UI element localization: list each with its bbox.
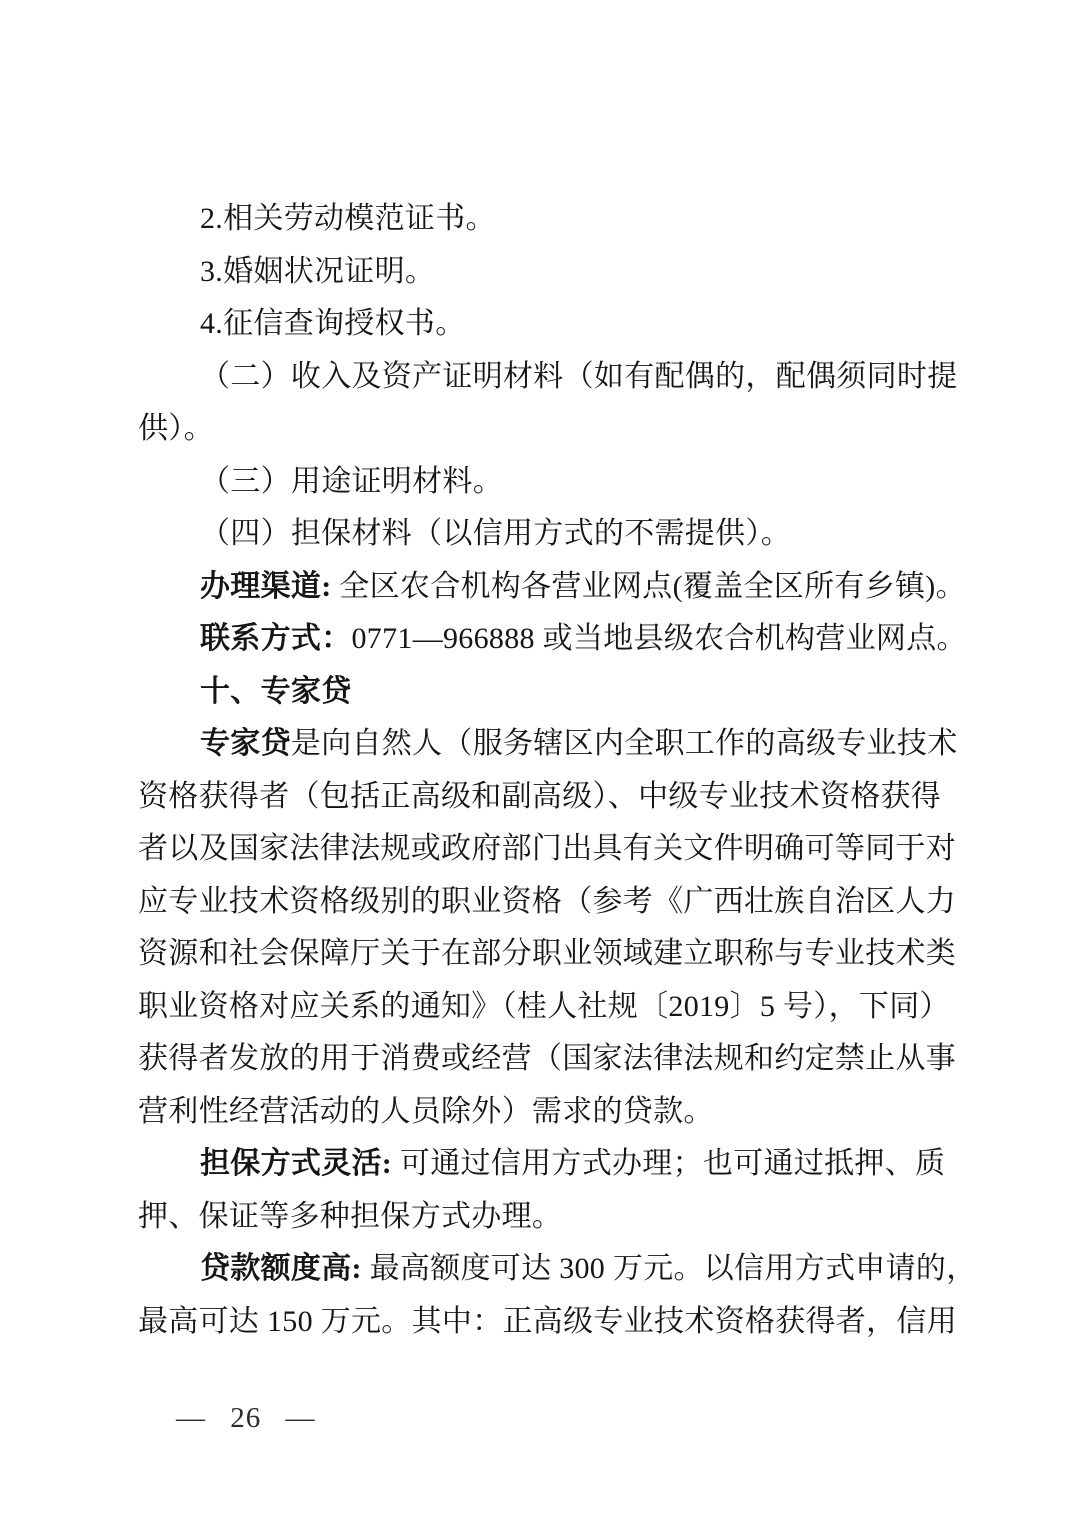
line-text: 应专业技术资格级别的职业资格（参考《广西壮族自治区人力 xyxy=(138,885,956,918)
line-text: （二）收入及资产证明材料（如有配偶的，配偶须同时提 xyxy=(200,360,958,393)
document-body: 2.相关劳动模范证书。 3.婚姻状况证明。 4.征信查询授权书。 （二）收入及资… xyxy=(138,193,953,1348)
line-text: 资源和社会保障厅关于在部分职业领域建立职称与专业技术类 xyxy=(138,937,956,970)
guarantee-method-line-1: 担保方式灵活: 可通过信用方式办理；也可通过抵押、质 xyxy=(138,1138,953,1191)
expert-loan-desc-line-8: 营利性经营活动的人员除外）需求的贷款。 xyxy=(138,1086,953,1139)
line-text: 获得者发放的用于消费或经营（国家法律法规和约定禁止从事 xyxy=(138,1042,956,1075)
expert-loan-desc-line-4: 应专业技术资格级别的职业资格（参考《广西壮族自治区人力 xyxy=(138,876,953,929)
line-text: 营利性经营活动的人员除外）需求的贷款。 xyxy=(138,1095,714,1128)
section-item-2-line-1: （二）收入及资产证明材料（如有配偶的，配偶须同时提 xyxy=(138,351,953,404)
line-text: 押、保证等多种担保方式办理。 xyxy=(138,1200,562,1233)
contact-info-line: 联系方式：0771—966888 或当地县级农合机构营业网点。 xyxy=(138,613,953,666)
list-item-4: 4.征信查询授权书。 xyxy=(138,298,953,351)
line-text: （三）用途证明材料。 xyxy=(200,465,503,498)
document-page: 2.相关劳动模范证书。 3.婚姻状况证明。 4.征信查询授权书。 （二）收入及资… xyxy=(0,0,1074,1520)
expert-loan-label: 专家贷 xyxy=(200,727,291,760)
line-text: 4.征信查询授权书。 xyxy=(200,307,466,340)
line-text: 0771—966888 或当地县级农合机构营业网点。 xyxy=(352,622,967,655)
loan-amount-line-2: 最高可达 150 万元。其中：正高级专业技术资格获得者，信用 xyxy=(138,1296,953,1349)
guarantee-method-line-2: 押、保证等多种担保方式办理。 xyxy=(138,1191,953,1244)
list-item-2: 2.相关劳动模范证书。 xyxy=(138,193,953,246)
line-text: 可通过信用方式办理；也可通过抵押、质 xyxy=(392,1147,945,1180)
expert-loan-desc-line-6: 职业资格对应关系的通知》（桂人社规〔2019〕5 号），下同） xyxy=(138,981,953,1034)
expert-loan-desc-line-7: 获得者发放的用于消费或经营（国家法律法规和约定禁止从事 xyxy=(138,1033,953,1086)
line-text: 者以及国家法律法规或政府部门出具有关文件明确可等同于对 xyxy=(138,832,956,865)
section-item-2-line-2: 供）。 xyxy=(138,403,953,456)
section-heading-expert-loan: 十、专家贷 xyxy=(138,666,953,719)
line-text: 最高额度可达 300 万元。以信用方式申请的， xyxy=(362,1252,977,1285)
line-text: 职业资格对应关系的通知》（桂人社规〔2019〕5 号），下同） xyxy=(138,990,950,1023)
line-text: 3.婚姻状况证明。 xyxy=(200,255,435,288)
line-text: 资格获得者（包括正高级和副高级）、中级专业技术资格获得 xyxy=(138,780,941,813)
handling-channel-line: 办理渠道: 全区农合机构各营业网点(覆盖全区所有乡镇)。 xyxy=(138,561,953,614)
section-item-4: （四）担保材料（以信用方式的不需提供）。 xyxy=(138,508,953,561)
loan-amount-label: 贷款额度高: xyxy=(200,1252,362,1285)
line-text: 全区农合机构各营业网点(覆盖全区所有乡镇)。 xyxy=(332,570,966,603)
heading-text: 十、专家贷 xyxy=(200,675,352,708)
line-text: （四）担保材料（以信用方式的不需提供）。 xyxy=(200,517,791,550)
section-item-3: （三）用途证明材料。 xyxy=(138,456,953,509)
line-text: 是向自然人（服务辖区内全职工作的高级专业技术 xyxy=(291,727,958,760)
line-text: 供）。 xyxy=(138,412,214,445)
expert-loan-desc-line-2: 资格获得者（包括正高级和副高级）、中级专业技术资格获得 xyxy=(138,771,953,824)
contact-info-label: 联系方式： xyxy=(200,622,352,655)
page-number: — 26 — xyxy=(176,1398,316,1438)
line-text: 最高可达 150 万元。其中：正高级专业技术资格获得者，信用 xyxy=(138,1305,957,1338)
line-text: 2.相关劳动模范证书。 xyxy=(200,202,496,235)
expert-loan-desc-line-1: 专家贷是向自然人（服务辖区内全职工作的高级专业技术 xyxy=(138,718,953,771)
expert-loan-desc-line-5: 资源和社会保障厅关于在部分职业领域建立职称与专业技术类 xyxy=(138,928,953,981)
loan-amount-line-1: 贷款额度高: 最高额度可达 300 万元。以信用方式申请的， xyxy=(138,1243,953,1296)
list-item-3: 3.婚姻状况证明。 xyxy=(138,246,953,299)
expert-loan-desc-line-3: 者以及国家法律法规或政府部门出具有关文件明确可等同于对 xyxy=(138,823,953,876)
handling-channel-label: 办理渠道: xyxy=(200,570,332,603)
guarantee-method-label: 担保方式灵活: xyxy=(200,1147,392,1180)
